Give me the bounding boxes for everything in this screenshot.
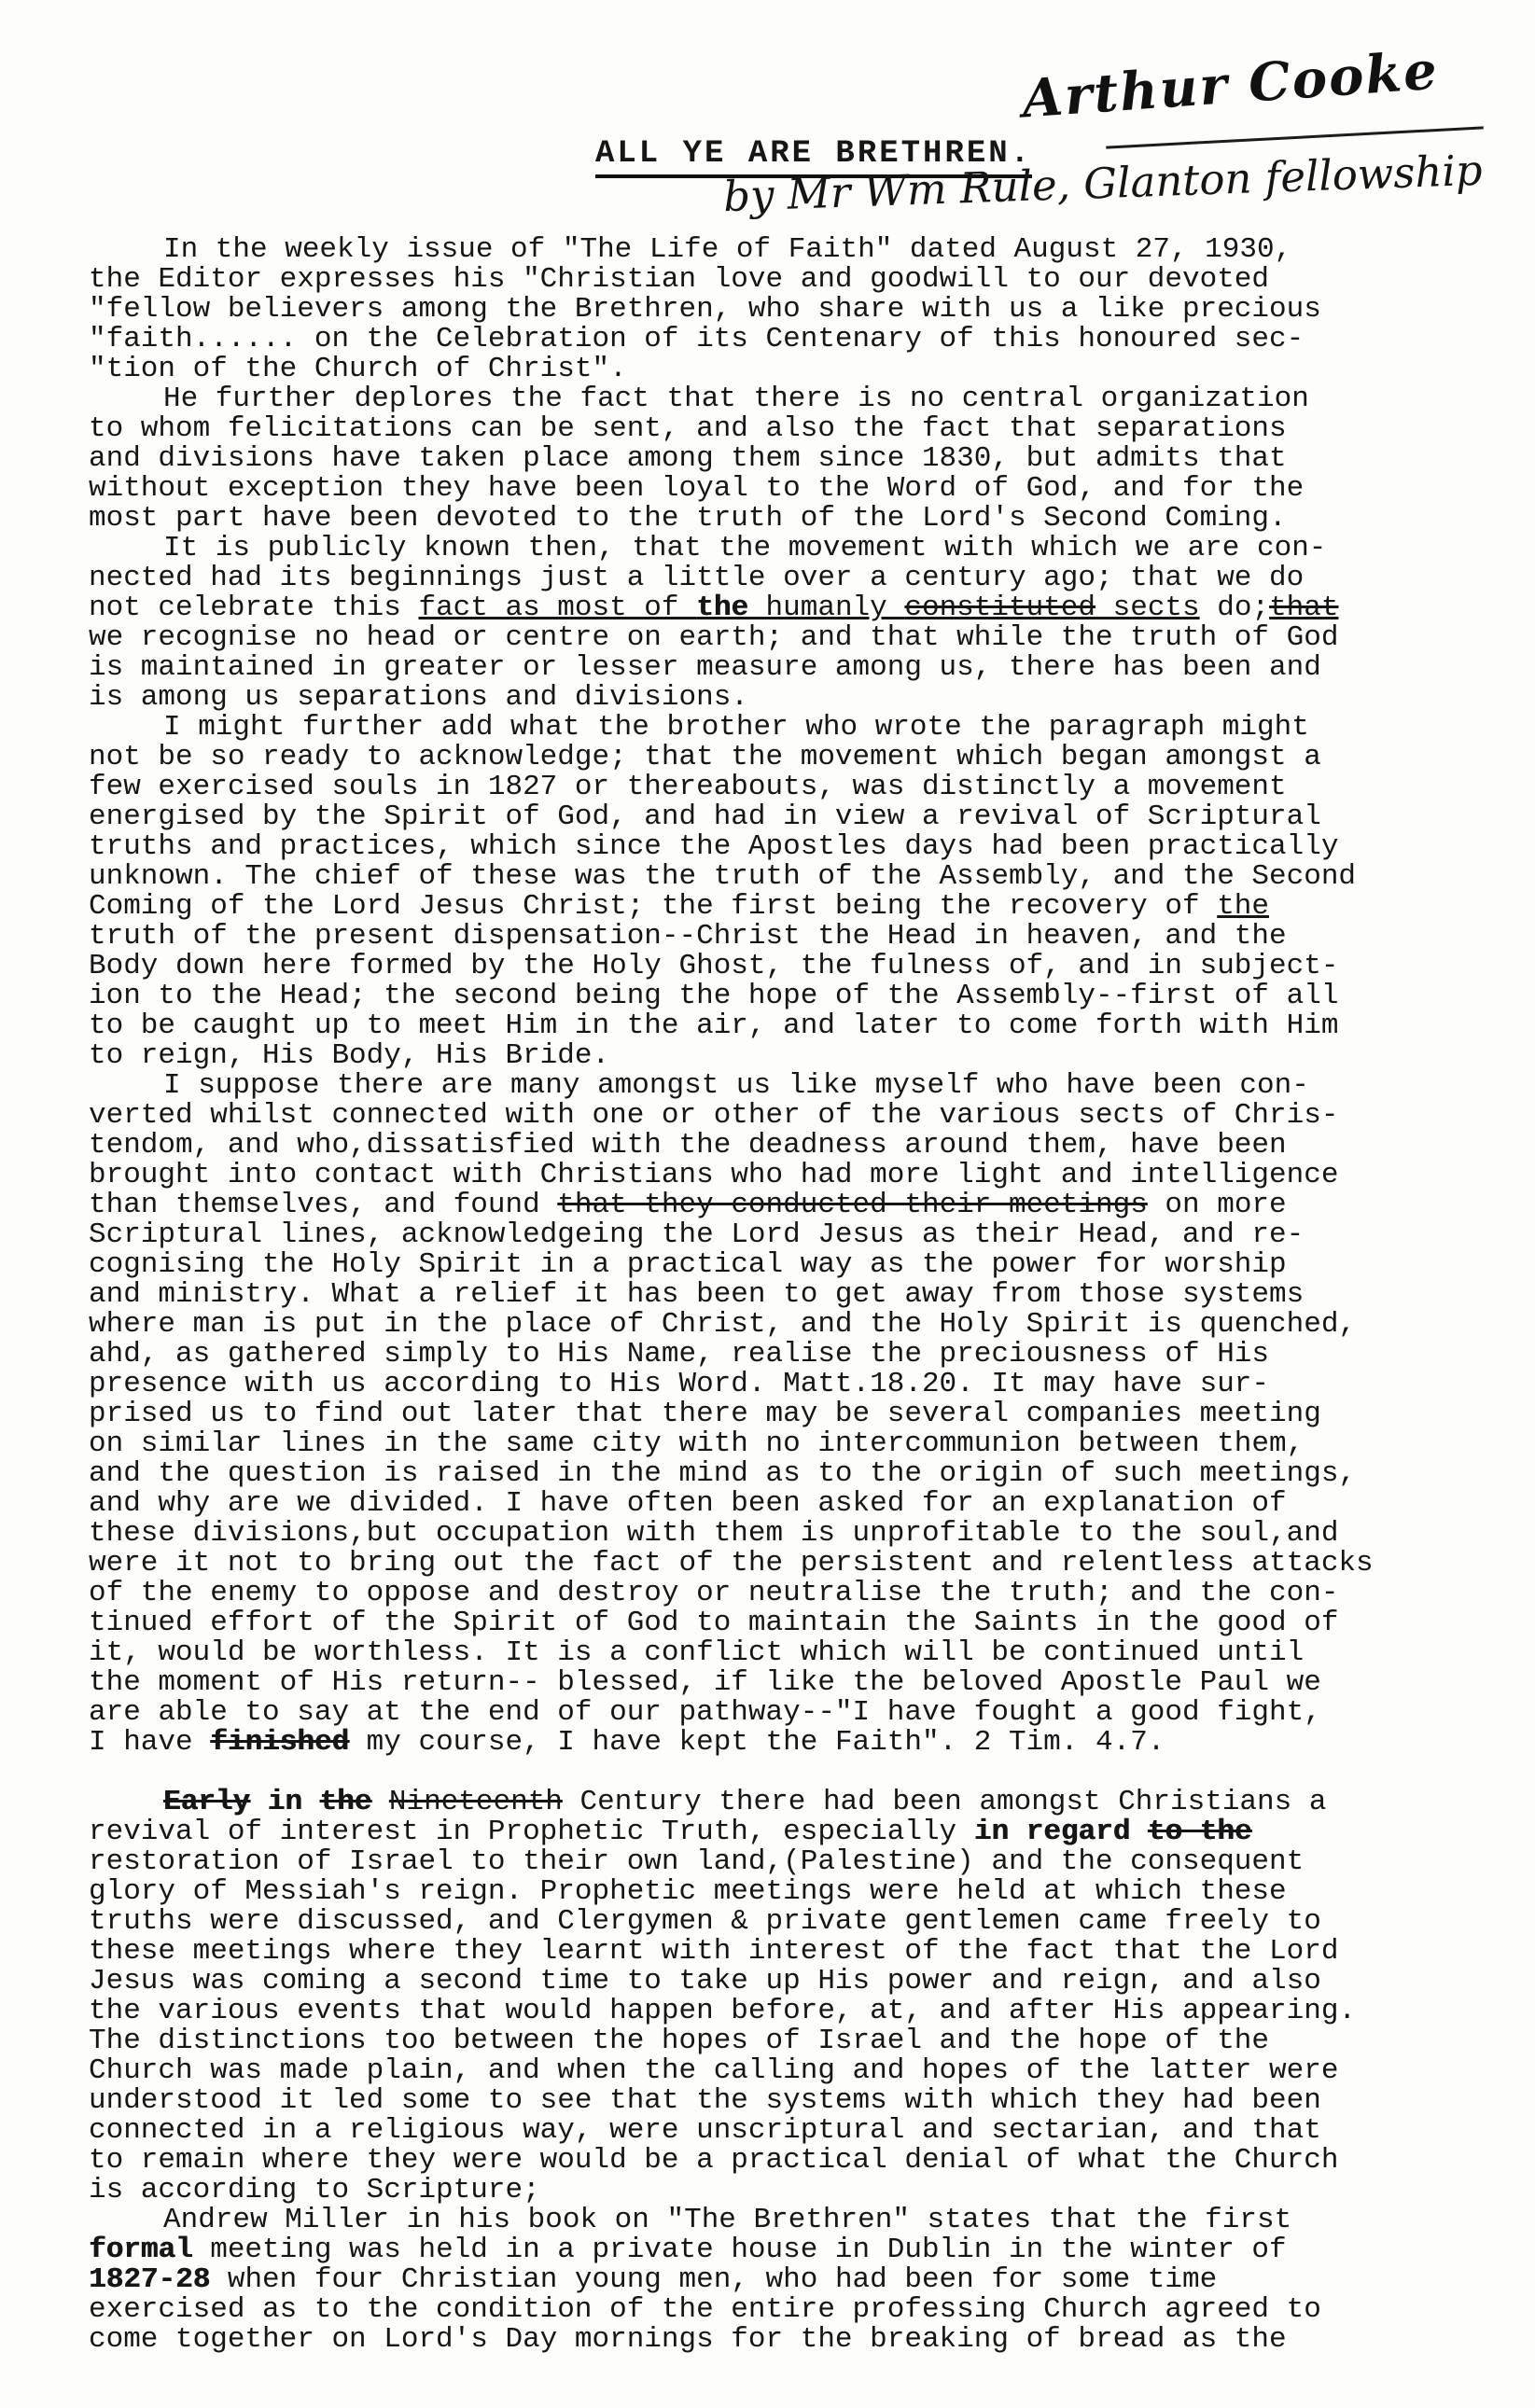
text-line: prised us to find out later that there m… xyxy=(89,1399,1470,1429)
text-line: energised by the Spirit of God, and had … xyxy=(89,802,1470,832)
text-line: revival of interest in Prophetic Truth, … xyxy=(89,1817,1470,1847)
text-line: Coming of the Lord Jesus Christ; the fir… xyxy=(89,892,1470,922)
text-line: It is publicly known then, that the move… xyxy=(89,534,1470,564)
text-line: presence with us according to His Word. … xyxy=(89,1370,1470,1399)
text-line: nected had its beginnings just a little … xyxy=(89,564,1470,593)
text-line: to be caught up to meet Him in the air, … xyxy=(89,1011,1470,1041)
text-line: exercised as to the condition of the ent… xyxy=(89,2295,1470,2325)
text-line: than themselves, and found that they con… xyxy=(89,1190,1470,1220)
paragraph: In the weekly issue of "The Life of Fait… xyxy=(89,235,1470,384)
text-line: are able to say at the end of our pathwa… xyxy=(89,1698,1470,1728)
text-line: on similar lines in the same city with n… xyxy=(89,1429,1470,1459)
text-line: unknown. The chief of these was the trut… xyxy=(89,862,1470,892)
text-line: few exercised souls in 1827 or thereabou… xyxy=(89,773,1470,802)
text-line: it, would be worthless. It is a conflict… xyxy=(89,1638,1470,1668)
text-line: "tion of the Church of Christ". xyxy=(89,355,1470,384)
text-line: truth of the present dispensation--Chris… xyxy=(89,922,1470,952)
text-line: these meetings where they learnt with in… xyxy=(89,1937,1470,1967)
text-line: the Editor expresses his "Christian love… xyxy=(89,265,1470,295)
text-line: The distinctions too between the hopes o… xyxy=(89,2026,1470,2056)
paragraph: Andrew Miller in his book on "The Brethr… xyxy=(89,2206,1470,2355)
text-line: restoration of Israel to their own land,… xyxy=(89,1847,1470,1877)
text-line: were it not to bring out the fact of the… xyxy=(89,1549,1470,1579)
text-line: cognising the Holy Spirit in a practical… xyxy=(89,1250,1470,1280)
text-line: Scriptural lines, acknowledgeing the Lor… xyxy=(89,1220,1470,1250)
text-line: the moment of His return-- blessed, if l… xyxy=(89,1668,1470,1698)
text-line: is according to Scripture; xyxy=(89,2176,1470,2206)
text-line: of the enemy to oppose and destroy or ne… xyxy=(89,1579,1470,1608)
text-line: Body down here formed by the Holy Ghost,… xyxy=(89,952,1470,981)
text-line: In the weekly issue of "The Life of Fait… xyxy=(89,235,1470,265)
document-page: Arthur Cooke ALL YE ARE BRETHREN. by Mr … xyxy=(0,0,1535,2408)
text-line: the various events that would happen bef… xyxy=(89,1997,1470,2026)
text-line: Church was made plain, and when the call… xyxy=(89,2056,1470,2086)
text-line: tendom, and who,dissatisfied with the de… xyxy=(89,1131,1470,1161)
text-line: and divisions have taken place among the… xyxy=(89,444,1470,474)
handwritten-signature: Arthur Cooke xyxy=(1020,39,1440,130)
document-body: In the weekly issue of "The Life of Fait… xyxy=(89,235,1470,2355)
text-line: I have finished my course, I have kept t… xyxy=(89,1728,1470,1758)
signature-flourish-line xyxy=(1106,126,1484,148)
text-line: to remain where they were would be a pra… xyxy=(89,2146,1470,2176)
text-line: we recognise no head or centre on earth;… xyxy=(89,623,1470,653)
text-line: Jesus was coming a second time to take u… xyxy=(89,1967,1470,1997)
text-line: connected in a religious way, were unscr… xyxy=(89,2116,1470,2146)
text-line: to whom felicitations can be sent, and a… xyxy=(89,414,1470,444)
text-line: most part have been devoted to the truth… xyxy=(89,504,1470,534)
text-line: and the question is raised in the mind a… xyxy=(89,1459,1470,1489)
text-line: come together on Lord's Day mornings for… xyxy=(89,2325,1470,2355)
text-line: I might further add what the brother who… xyxy=(89,713,1470,743)
text-line: I suppose there are many amongst us like… xyxy=(89,1071,1470,1101)
text-line: these divisions,but occupation with them… xyxy=(89,1519,1470,1549)
paragraph: I might further add what the brother who… xyxy=(89,713,1470,1071)
text-line: tinued effort of the Spirit of God to ma… xyxy=(89,1608,1470,1638)
text-line: truths were discussed, and Clergymen & p… xyxy=(89,1907,1470,1937)
text-line: brought into contact with Christians who… xyxy=(89,1161,1470,1190)
text-line: 1827-28 when four Christian young men, w… xyxy=(89,2265,1470,2295)
paragraph: He further deplores the fact that there … xyxy=(89,384,1470,534)
text-line: and why are we divided. I have often bee… xyxy=(89,1489,1470,1519)
text-line: truths and practices, which since the Ap… xyxy=(89,832,1470,862)
text-line: where man is put in the place of Christ,… xyxy=(89,1310,1470,1340)
text-line: to reign, His Body, His Bride. xyxy=(89,1041,1470,1071)
text-line: without exception they have been loyal t… xyxy=(89,474,1470,504)
text-line: Andrew Miller in his book on "The Brethr… xyxy=(89,2206,1470,2235)
text-line: verted whilst connected with one or othe… xyxy=(89,1101,1470,1131)
text-line: ion to the Head; the second being the ho… xyxy=(89,981,1470,1011)
paragraph: It is publicly known then, that the move… xyxy=(89,534,1470,713)
text-line: not celebrate this fact as most of the h… xyxy=(89,593,1470,623)
text-line: ahd, as gathered simply to His Name, rea… xyxy=(89,1340,1470,1370)
text-line: formal meeting was held in a private hou… xyxy=(89,2235,1470,2265)
text-line: is maintained in greater or lesser measu… xyxy=(89,653,1470,683)
text-line: "fellow believers among the Brethren, wh… xyxy=(89,295,1470,325)
text-line: is among us separations and divisions. xyxy=(89,683,1470,713)
paragraph: I suppose there are many amongst us like… xyxy=(89,1071,1470,1758)
text-line: glory of Messiah's reign. Prophetic meet… xyxy=(89,1877,1470,1907)
text-line: understood it led some to see that the s… xyxy=(89,2086,1470,2116)
text-line: and ministry. What a relief it has been … xyxy=(89,1280,1470,1310)
text-line: He further deplores the fact that there … xyxy=(89,384,1470,414)
paragraph: Early in the Nineteenth Century there ha… xyxy=(89,1788,1470,2206)
text-line: "faith...... on the Celebration of its C… xyxy=(89,325,1470,355)
text-line: Early in the Nineteenth Century there ha… xyxy=(89,1788,1470,1817)
text-line: not be so ready to acknowledge; that the… xyxy=(89,743,1470,773)
